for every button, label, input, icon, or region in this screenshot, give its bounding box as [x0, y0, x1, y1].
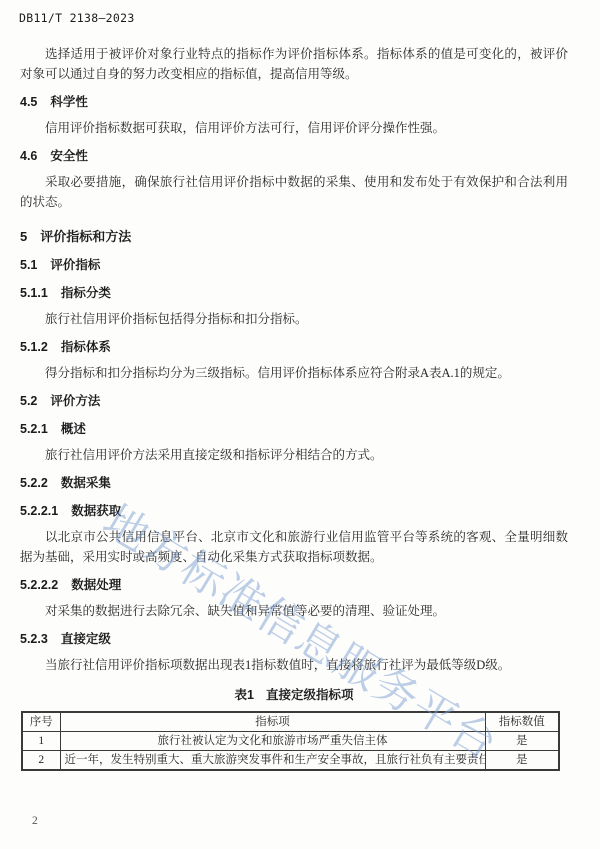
heading-number: 4.6 [20, 146, 37, 166]
table-caption-label: 表1 [235, 688, 254, 702]
document-page: DB11/T 2138—2023 地方标准信息服务平台 选择适用于被评价对象行业… [0, 0, 600, 849]
heading-number: 5.1.2 [20, 337, 48, 357]
table-header-row: 序号 指标项 指标数值 [22, 712, 559, 732]
heading-5-2-2-2: 5.2.2.2数据处理 [20, 575, 568, 595]
heading-number: 5.2 [20, 391, 37, 411]
heading-5-2-3: 5.2.3直接定级 [20, 629, 568, 649]
heading-number: 5.2.3 [20, 629, 48, 649]
heading-number: 5.1 [20, 255, 37, 275]
paragraph-scientific: 信用评价指标数据可获取，信用评价方法可行，信用评价评分操作性强。 [20, 118, 568, 138]
paragraph-direct-rating: 当旅行社信用评价指标项数据出现表1指标数值时，直接将旅行社评为最低等级D级。 [20, 655, 568, 675]
heading-title: 指标分类 [61, 286, 111, 300]
heading-number: 5.1.1 [20, 283, 48, 303]
table-caption-title: 直接定级指标项 [266, 688, 354, 702]
direct-rating-table: 序号 指标项 指标数值 1 旅行社被认定为文化和旅游市场严重失信主体 是 2 近… [21, 711, 560, 771]
table-row: 1 旅行社被认定为文化和旅游市场严重失信主体 是 [22, 732, 559, 751]
paragraph-data-acquisition: 以北京市公共信用信息平台、北京市文化和旅游行业信用监管平台等系统的客观、全量明细… [20, 527, 568, 567]
heading-5-2-2: 5.2.2数据采集 [20, 473, 568, 493]
col-header-indicator: 指标项 [60, 712, 485, 732]
cell-indicator-value: 是 [485, 751, 559, 771]
heading-number: 5.2.2 [20, 473, 48, 493]
heading-5-1-2: 5.1.2指标体系 [20, 337, 568, 357]
heading-title: 评价指标和方法 [40, 229, 131, 244]
page-number: 2 [32, 815, 38, 827]
heading-5-2-1: 5.2.1概述 [20, 419, 568, 439]
heading-title: 指标体系 [61, 340, 111, 354]
heading-5-1: 5.1评价指标 [20, 255, 568, 275]
paragraph-overview: 旅行社信用评价方法采用直接定级和指标评分相结合的方式。 [20, 445, 568, 465]
paragraph-security: 采取必要措施，确保旅行社信用评价指标中数据的采集、使用和发布处于有效保护和合法利… [20, 172, 568, 212]
heading-title: 数据处理 [71, 578, 121, 592]
heading-5: 5评价指标和方法 [20, 227, 568, 247]
heading-5-2: 5.2评价方法 [20, 391, 568, 411]
heading-title: 直接定级 [61, 632, 111, 646]
heading-number: 5.2.2.1 [20, 501, 58, 521]
col-header-value: 指标数值 [485, 712, 559, 732]
heading-title: 评价方法 [50, 394, 100, 408]
heading-title: 概述 [61, 422, 86, 436]
heading-title: 数据获取 [71, 504, 121, 518]
heading-number: 4.5 [20, 92, 37, 112]
heading-number: 5 [20, 227, 27, 247]
table-caption: 表1直接定级指标项 [20, 686, 568, 704]
heading-title: 安全性 [50, 149, 88, 163]
document-body: 选择适用于被评价对象行业特点的指标作为评价指标体系。指标体系的值是可变化的，被评… [20, 38, 568, 771]
standard-number-header: DB11/T 2138—2023 [19, 11, 135, 25]
paragraph-indicator-system: 选择适用于被评价对象行业特点的指标作为评价指标体系。指标体系的值是可变化的，被评… [20, 44, 568, 84]
paragraph-data-processing: 对采集的数据进行去除冗余、缺失值和异常值等必要的清理、验证处理。 [20, 601, 568, 621]
paragraph-indicator-classes: 旅行社信用评价指标包括得分指标和扣分指标。 [20, 309, 568, 329]
heading-title: 数据采集 [61, 476, 111, 490]
heading-4-6: 4.6安全性 [20, 146, 568, 166]
heading-number: 5.2.2.2 [20, 575, 58, 595]
heading-4-5: 4.5科学性 [20, 92, 568, 112]
table-row: 2 近一年，发生特别重大、重大旅游突发事件和生产安全事故，且旅行社负有主要责任 … [22, 751, 559, 771]
heading-number: 5.2.1 [20, 419, 48, 439]
heading-5-1-1: 5.1.1指标分类 [20, 283, 568, 303]
paragraph-indicator-levels: 得分指标和扣分指标均分为三级指标。信用评价指标体系应符合附录A表A.1的规定。 [20, 363, 568, 383]
cell-indicator-value: 是 [485, 732, 559, 751]
col-header-number: 序号 [22, 712, 60, 732]
cell-row-number: 1 [22, 732, 60, 751]
heading-title: 科学性 [50, 95, 88, 109]
cell-indicator-item: 旅行社被认定为文化和旅游市场严重失信主体 [60, 732, 485, 751]
cell-indicator-item: 近一年，发生特别重大、重大旅游突发事件和生产安全事故，且旅行社负有主要责任 [60, 751, 485, 771]
heading-title: 评价指标 [50, 258, 100, 272]
cell-row-number: 2 [22, 751, 60, 771]
heading-5-2-2-1: 5.2.2.1数据获取 [20, 501, 568, 521]
